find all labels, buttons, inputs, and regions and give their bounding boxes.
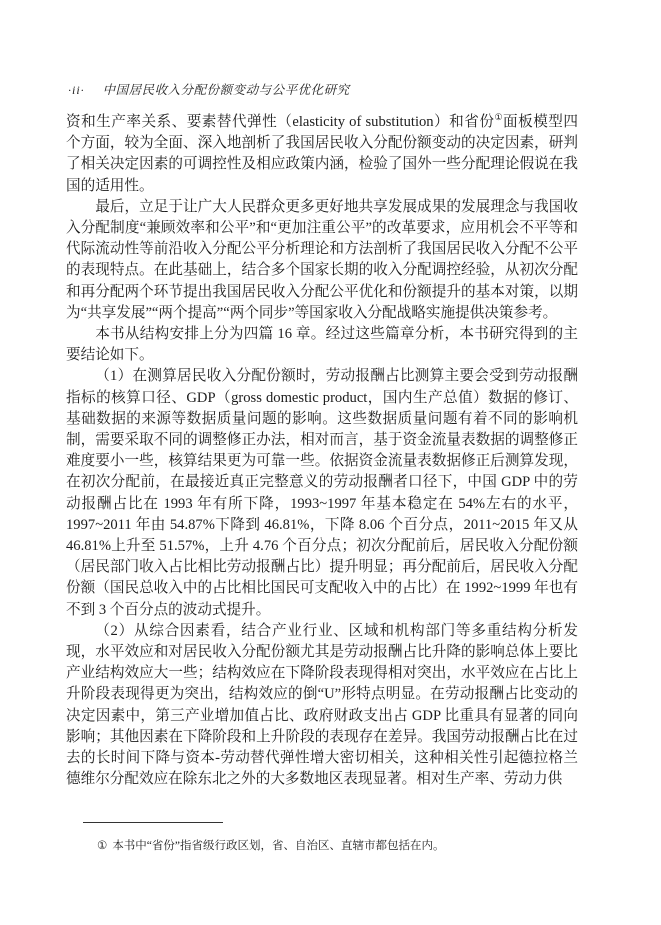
paragraph-4: （1）在测算居民收入分配份额时，劳动报酬占比测算主要会受到劳动报酬指标的核算口径… [66,366,578,620]
footnote-text: 本书中“省份”指省级行政区划，省、自治区、直辖市都包括在内。 [112,840,444,852]
running-head: ·ii· 中国居民收入分配份额变动与公平优化研究 [68,80,595,98]
book-title: 中国居民收入分配份额变动与公平优化研究 [103,80,350,98]
body-text: 资和生产率关系、要素替代弹性（elasticity of substitutio… [66,112,578,791]
book-page: ·ii· 中国居民收入分配份额变动与公平优化研究 资和生产率关系、要素替代弹性（… [0,0,661,925]
footnote: ①本书中“省份”指省级行政区划，省、自治区、直辖市都包括在内。 [97,838,557,854]
page-number: ·ii· [68,83,85,98]
footnote-separator [83,822,223,823]
paragraph-2: 最后，立足于让广大人民群众更多更好地共享发展成果的发展理念与我国收入分配制度“兼… [66,197,578,324]
footnote-marker: ① [97,840,107,852]
paragraph-1-text: 资和生产率关系、要素替代弹性（elasticity of substitutio… [66,114,494,130]
paragraph-3: 本书从结构安排上分为四篇 16 章。经过这些篇章分析，本书研究得到的主要结论如下… [66,324,578,366]
footnote-reference-mark: ① [494,112,503,122]
paragraph-5: （2）从综合因素看，结合产业行业、区域和机构部门等多重结构分析发现，水平效应和对… [66,621,578,791]
paragraph-1: 资和生产率关系、要素替代弹性（elasticity of substitutio… [66,112,578,197]
